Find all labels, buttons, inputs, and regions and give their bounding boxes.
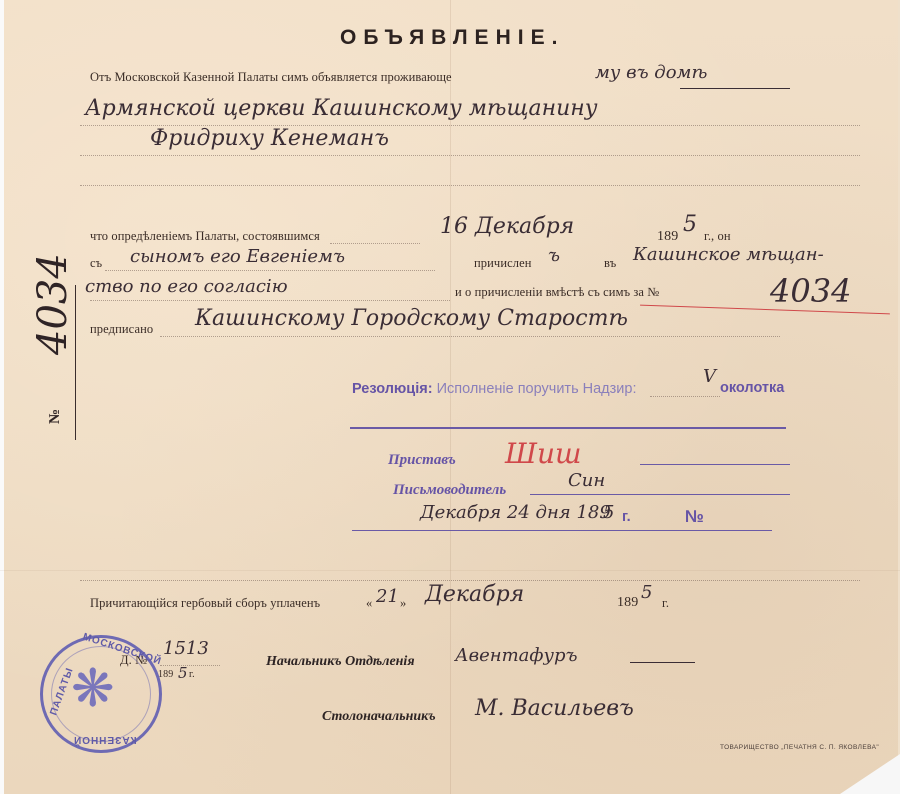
clerk-stamp-label: Письмоводитель <box>393 482 506 499</box>
registry-year-printed: 189 <box>158 669 173 680</box>
resolution-date-suffix: г. <box>622 509 631 525</box>
ruled-line <box>330 243 420 244</box>
fee-day-hand: 21 <box>376 586 399 607</box>
district-number-hand: V <box>703 366 716 387</box>
ruled-line <box>90 300 450 301</box>
resolution-label: Резолюція: <box>352 381 433 397</box>
fee-year-hand: 5 <box>641 582 652 603</box>
decision-year-suffix: г., он <box>704 229 731 244</box>
clerk-stamp-signature: Син <box>568 470 605 491</box>
registry-year-hand: 5 <box>178 664 188 682</box>
ruled-line <box>160 665 220 666</box>
resolution-number-label: № <box>685 507 704 527</box>
with-printed: съ <box>90 256 102 271</box>
fee-year-suffix: г. <box>662 596 669 611</box>
double-headed-eagle-icon: ❋ <box>71 664 115 716</box>
about-number-hand: 4034 <box>770 272 851 310</box>
fee-year-printed: 189 <box>617 595 638 611</box>
resolution-text: Исполненіе поручить Надзир: <box>437 381 637 397</box>
stamp-rule <box>640 464 790 465</box>
head-of-department-signature: Авентафуръ <box>455 645 577 666</box>
enrolled-printed: причислен <box>474 256 532 271</box>
about-printed: и о причисленіи вмѣстѣ съ симъ за № <box>455 285 659 300</box>
torn-corner <box>840 754 900 794</box>
bailiff-label: Приставъ <box>388 452 456 469</box>
hand-flourish-line <box>680 88 790 89</box>
recipient-line-2: Фридриху Кенеманъ <box>150 126 389 151</box>
margin-rule <box>75 285 76 440</box>
intro-handwritten-suffix: му въ домѣ <box>595 62 707 83</box>
document-title: ОБЪЯВЛЕНІЕ. <box>340 26 564 50</box>
fee-printed: Причитающійся гербовый сборъ уплаченъ <box>90 596 320 611</box>
printer-mark: ТОВАРИЩЕСТВО „ПЕЧАТНЯ С. П. ЯКОВЛЕВА" <box>720 744 879 751</box>
decision-printed-text: что опредѣленіемъ Палаты, состоявшимся <box>90 229 320 244</box>
signature-flourish <box>630 662 695 663</box>
stamp-rule <box>350 427 786 429</box>
registry-number-hand: 1513 <box>163 638 209 659</box>
registry-prefix: Д. № <box>120 653 147 668</box>
desk-chief-label: Столоначальникъ <box>322 709 436 725</box>
enrolled-hand: ъ <box>548 245 560 266</box>
decision-year-hand: 5 <box>683 212 697 237</box>
basis-hand: ство по его согласію <box>85 276 288 297</box>
ruled-line <box>650 396 720 397</box>
seal-text-bottom: КАЗЕННОЙ <box>73 734 137 745</box>
fee-quote-open: « <box>366 596 372 611</box>
decision-year-printed: 189 <box>657 229 678 245</box>
resolution-date-year-hand: 5 <box>603 502 614 523</box>
ruled-line <box>160 336 780 337</box>
into-printed: въ <box>604 256 616 271</box>
decision-date-hand: 16 Декабря <box>440 214 574 239</box>
margin-number-sign: № <box>47 409 64 424</box>
prescribed-printed: предписано <box>90 322 153 337</box>
stamp-rule <box>530 494 790 495</box>
margin-registration-number: 4034 <box>30 253 76 355</box>
ruled-line <box>80 580 860 581</box>
district-word: околотка <box>720 380 784 396</box>
resolution-stamp: Резолюція: Исполненіе поручить Надзир: <box>352 381 636 397</box>
stamp-rule <box>352 530 772 531</box>
intro-printed-text: Отъ Московской Казенной Палаты симъ объя… <box>90 70 452 85</box>
head-of-department-label: Начальникъ Отдѣленія <box>266 654 415 670</box>
ruled-line <box>80 185 860 186</box>
ruled-line <box>80 155 860 156</box>
fee-month-hand: Декабря <box>425 582 524 607</box>
scan-edge <box>0 0 4 794</box>
with-son-hand: сыномъ его Евгеніемъ <box>130 246 345 267</box>
bailiff-signature: Шиш <box>505 437 582 470</box>
ruled-line <box>105 270 435 271</box>
fee-quote-close: » <box>400 596 406 611</box>
prescribed-hand: Кашинскому Городскому Старостѣ <box>195 306 628 331</box>
registry-year-suffix: г. <box>189 669 195 680</box>
recipient-line-1: Армянской церкви Кашинскому мѣщанину <box>85 96 598 121</box>
resolution-date-hand: Декабря 24 дня 189 <box>420 502 611 523</box>
desk-chief-signature: М. Васильевъ <box>475 696 634 721</box>
fold-line-horizontal <box>0 570 900 571</box>
into-hand: Кашинское мѣщан- <box>633 244 824 265</box>
